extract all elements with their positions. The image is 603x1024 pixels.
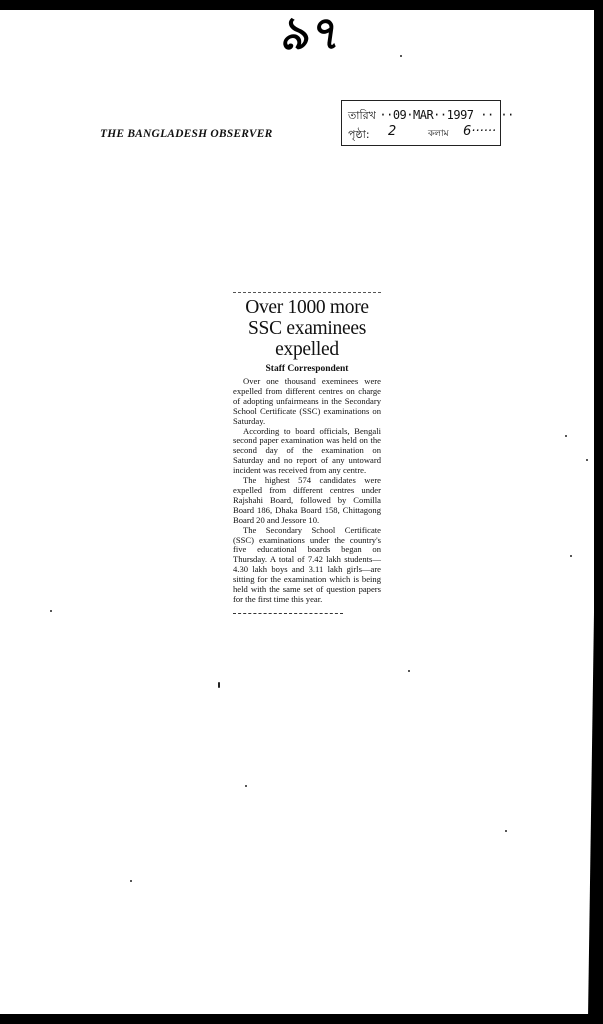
scan-speck xyxy=(565,435,567,437)
scan-speck xyxy=(218,682,220,688)
stamp-page-label: পৃষ্ঠা: xyxy=(348,128,370,141)
news-clipping: Over 1000 more SSC examinees expelled St… xyxy=(233,292,381,614)
scan-speck xyxy=(505,830,507,832)
stamp-column-value: 6······ xyxy=(463,124,496,139)
stamp-date-label: তারিখ xyxy=(348,109,376,122)
scan-speck xyxy=(408,670,410,672)
scan-speck xyxy=(50,610,52,612)
newspaper-masthead: THE BANGLADESH OBSERVER xyxy=(100,128,272,140)
scan-speck xyxy=(245,785,247,787)
stamp-page-row: পৃষ্ঠা: 2 কলাম 6······ xyxy=(348,126,496,145)
clipping-paragraph: The highest 574 candidates were expelled… xyxy=(233,476,381,526)
clipping-headline: Over 1000 more SSC examinees expelled xyxy=(233,297,381,360)
stamp-column-label: কলাম xyxy=(428,126,449,141)
scan-speck xyxy=(400,55,402,57)
clipping-top-edge xyxy=(233,292,381,293)
clipping-paragraph: The Secondary School Certificate (SSC) e… xyxy=(233,526,381,605)
clipping-paragraph: Over one thousand exeminees were expelle… xyxy=(233,377,381,427)
date-stamp: তারিখ ··09·MAR··1997 ·· ·· পৃষ্ঠা: 2 কলা… xyxy=(341,100,501,146)
clipping-byline: Staff Correspondent xyxy=(233,364,381,374)
scan-speck xyxy=(130,880,132,882)
clipping-bottom-edge xyxy=(233,613,343,614)
handwritten-number: ৯৭ xyxy=(279,10,345,56)
stamp-page-value: 2 xyxy=(388,124,396,139)
scanned-page: ৯৭ THE BANGLADESH OBSERVER তারিখ ··09·MA… xyxy=(0,10,594,1014)
scan-speck xyxy=(570,555,572,557)
stamp-date-value: ··09·MAR··1997 ·· ·· xyxy=(379,108,514,122)
scan-speck xyxy=(586,459,588,461)
clipping-paragraph: According to board officials, Bengali se… xyxy=(233,427,381,477)
